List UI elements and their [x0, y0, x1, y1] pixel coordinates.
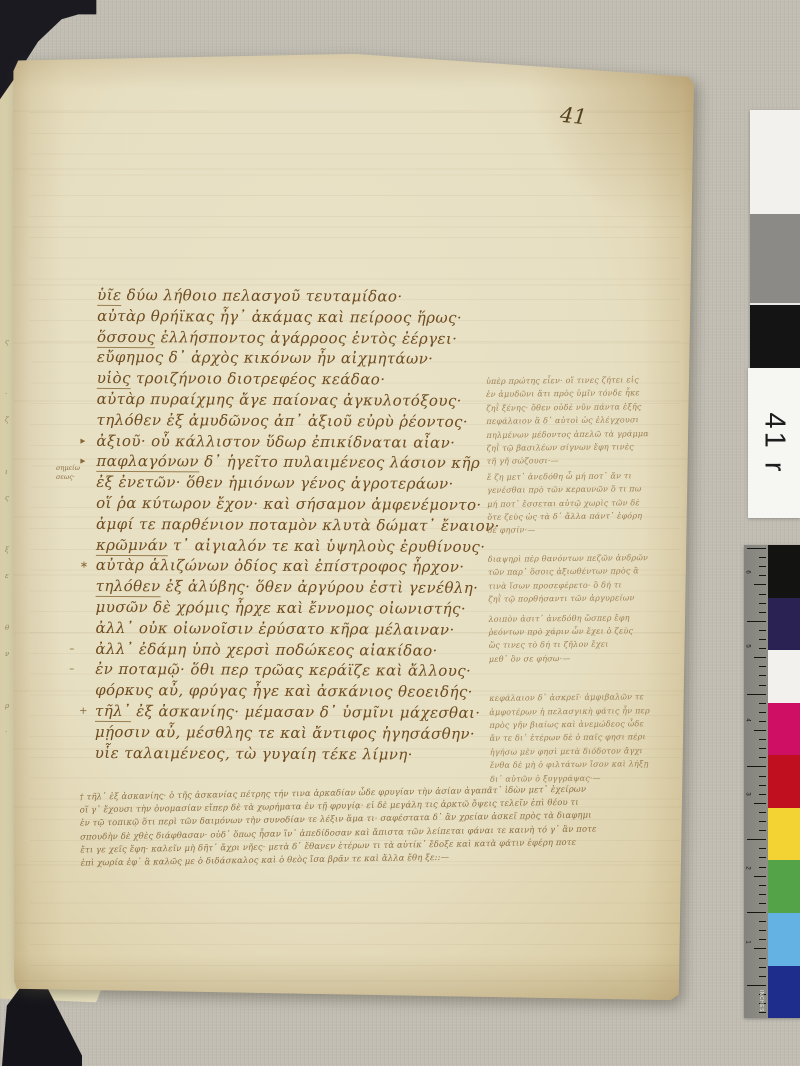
verse-text: τροιζήνοιο διοτρεφέος κεάδαο·	[131, 369, 386, 388]
ruler-tick	[759, 712, 766, 713]
ruler-tick	[759, 976, 766, 977]
critical-mark: ▸	[80, 456, 85, 467]
folio-tab: 41 r	[748, 368, 800, 518]
grayscale-gray-patch	[750, 214, 800, 305]
verse-text: ἑλλήσποντος ἀγάρροος ἐντὸς ἐέργει·	[155, 328, 457, 348]
scholion-line: δὲ φησίν·—	[487, 523, 651, 538]
verse-line: ἐν ποταμῷ· ὅθι περ τρῶας κεράϊζε καὶ ἄλλ…	[95, 660, 519, 683]
underlined-lemma: κρῶμνάν	[96, 535, 168, 555]
ruler-tick	[759, 630, 766, 631]
ruler-tick	[759, 821, 766, 822]
verse-line: τηλόθεν ἐξ ἀλύβης· ὅθεν ἀργύρου ἐστὶ γεν…	[96, 577, 520, 600]
ruler-tick	[759, 785, 766, 786]
verse-line: τηλόθεν ἐξ ἀμυδῶνος ἀπ᾽ ἀξιοῦ εὐρὺ ῥέοντ…	[96, 411, 520, 434]
verse-line: μυσῶν δὲ χρόμις ἦρχε καὶ ἔννομος οἰωνιστ…	[96, 598, 520, 621]
ruler-tick	[759, 603, 766, 604]
ruler-tick	[754, 803, 766, 804]
scholion-cluster: λοιπὸν ἀσιτ᾽ ἀνεδόθη ὥσπερ ἔφηῥεόντων πρ…	[488, 611, 653, 666]
ruler-tick	[759, 848, 766, 849]
scholion-line: γενέσθαι πρὸ τῶν κεραυνῶν ὅ τι πω	[487, 482, 651, 497]
verse-line: οἵ ῥα κύτωρον ἔχον· καὶ σήσαμον ἀμφενέμο…	[96, 494, 520, 517]
ruler-number: 1	[745, 940, 751, 943]
color-patch-black	[768, 545, 800, 598]
ruler-number: 4	[745, 718, 751, 721]
bottom-scholia: † τῆλ᾽ ἐξ ἀσκανίης· ὁ τῆς ἀσκανίας πέτρη…	[79, 784, 536, 870]
verse-line: ἀμφί τε παρθένιον ποταμὸν κλυτὰ δώματ᾽ ἔ…	[96, 515, 520, 538]
ruler-tick	[759, 757, 766, 758]
color-patch-dark-blue	[768, 966, 800, 1019]
verse-text: δύω λήθοιο πελασγοῦ τευταμίδαο·	[121, 286, 402, 305]
verse-text: ἐξ ἀλύβης· ὅθεν ἀργύρου ἐστὶ γενέθλη·	[160, 577, 478, 597]
ruler-tick	[759, 857, 766, 858]
left-note-line: σημείω	[56, 464, 80, 473]
ruler-tick	[747, 766, 766, 767]
ruler-tick	[754, 876, 766, 877]
ruler-tick	[759, 566, 766, 567]
underlined-lemma: τῆλ᾽	[95, 702, 131, 722]
verse-text: τ᾽ αἰγιαλόν τε καὶ ὑψηλοὺς ἐρυθίνους·	[168, 536, 486, 556]
verse-line: ὑῖε δύω λήθοιο πελασγοῦ τευταμίδαο·	[97, 286, 521, 309]
scholion-line: ῥεόντων πρὸ χάριν ὧν ἔχει ὁ ζεὺς	[488, 624, 652, 639]
ruler-tick	[747, 694, 766, 695]
ruler-tick	[759, 739, 766, 740]
ruler-tick	[759, 903, 766, 904]
left-note-line: σεως·	[56, 473, 80, 482]
color-patch-white	[768, 650, 800, 703]
scholion-line: πεφάλαιον ἃ δ᾽ αὐτοὶ ὡς ἐλέγχουσι	[486, 413, 650, 428]
underlined-lemma: ὑῖε	[97, 286, 121, 306]
ruler-tick	[747, 839, 766, 840]
ruler-tick	[759, 685, 766, 686]
critical-mark: ▸	[80, 435, 85, 446]
ruler-tick	[747, 985, 766, 986]
ruler-tick	[759, 921, 766, 922]
ruler-bar: 654321INCHES	[744, 545, 768, 1018]
ruler-tick	[747, 912, 766, 913]
folio-tab-label: 41 r	[758, 412, 791, 474]
ruler-number: 5	[745, 644, 751, 647]
color-patch-red	[768, 755, 800, 808]
color-patch-light-blue	[768, 913, 800, 966]
color-patch-yellow	[768, 808, 800, 861]
ruler-number: 2	[745, 866, 751, 869]
scholion-cluster: κεφάλαιον δ᾽ ἀσκρεῖ· ἀμφιβαλῶν τεἀμφοτέρ…	[489, 690, 654, 786]
critical-mark: ∗	[80, 560, 88, 571]
scholion-line: μεθ᾽ ὃν σε φήσω·—	[489, 651, 653, 666]
ruler-tick	[747, 548, 766, 549]
scholion-line: δι᾽ αὐτῶν ὁ ξυγγράψας·—	[490, 771, 654, 786]
scholion-line: τῶν παρ᾽ ὅσοις ἀξιωθέντων πρὸς ἃ	[488, 564, 652, 579]
ruler-tick	[754, 657, 766, 658]
underlined-lemma: τηλόθεν	[96, 577, 161, 597]
verse-line: αὐτὰρ ἁλιζώνων ὀδίος καὶ ἐπίστροφος ἦρχο…	[96, 556, 520, 579]
color-patch-magenta	[768, 703, 800, 756]
verse-line: ἀλλ᾽ ἐδάμη ὑπὸ χερσὶ ποδώκεος αἰακίδαο·	[95, 639, 519, 662]
verse-line: παφλαγόνων δ᾽ ἡγεῖτο πυλαιμένεος λάσιον …	[96, 452, 520, 475]
ruler-tick	[759, 666, 766, 667]
manuscript-leaf-wrap: 41 ὑῖε δύω λήθοιο πελασγοῦ τευταμίδαο·αὐ…	[10, 52, 698, 1002]
verse-line: υἱὸς τροιζήνοιο διοτρεφέος κεάδαο·	[97, 369, 521, 392]
color-patch-navy	[768, 598, 800, 651]
ruler-tick	[759, 648, 766, 649]
ruler-tick	[759, 885, 766, 886]
ruler-tick	[759, 939, 766, 940]
scholion-line: τῆ γῆ σώζουσι·—	[487, 454, 651, 469]
verse-line: υἷε ταλαιμένεος, τὼ γυγαίη τέκε λίμνη·	[95, 743, 519, 766]
ruler-tick	[759, 794, 766, 795]
grayscale-target	[750, 110, 800, 369]
verse-line: φόρκυς αὖ, φρύγας ἦγε καὶ ἀσκάνιος θεοει…	[95, 681, 519, 704]
color-patches	[768, 545, 800, 1018]
scholion-line: ἔνθα δὲ μὴ ὁ φιλτάτων ἴσον καὶ λήξῃ	[490, 757, 654, 772]
critical-mark: –	[69, 664, 74, 675]
critical-mark: +	[79, 706, 87, 717]
ruler-tick	[759, 721, 766, 722]
main-text-block: ὑῖε δύω λήθοιο πελασγοῦ τευταμίδαο·αὐτὰρ…	[95, 286, 521, 767]
verse-line: μῄοσιν αὖ, μέσθλης τε καὶ ἄντιφος ἡγησάσ…	[95, 723, 519, 746]
scholion-line: ἄν τε δι᾽ ἑτέρων δὲ ὁ παῖς φησι πέρι	[490, 730, 654, 745]
ruler-tick	[759, 703, 766, 704]
scholion-cluster: ὑπὲρ πρώτης εἶεν· οἵ τινες ζήτει εἰςἐν ἀ…	[486, 373, 651, 469]
ruler-tick	[759, 594, 766, 595]
manuscript-page: 41 ὑῖε δύω λήθοιο πελασγοῦ τευταμίδαο·αὐ…	[10, 52, 698, 1002]
ruler-label: INCHES	[758, 990, 764, 1012]
ruler-tick	[759, 612, 766, 613]
ruler-tick	[754, 730, 766, 731]
scholion-cluster: διαψηρὶ πὲρ θανόντων πεζῶν ἀνδρῶντῶν παρ…	[488, 551, 653, 606]
critical-mark: –	[69, 643, 74, 654]
verse-line: εὔφημος δ᾽ ἀρχὸς κικόνων ἦν αἰχμητάων·	[97, 348, 521, 371]
verse-line: τῆλ᾽ ἐξ ἀσκανίης· μέμασαν δ᾽ ὑσμῖνι μάχε…	[95, 702, 519, 725]
underlined-lemma: παφλαγόνων	[96, 452, 199, 473]
ruler-tick	[759, 1012, 766, 1013]
ruler-tick	[759, 557, 766, 558]
verse-text: ἐξ ἀσκανίης· μέμασαν δ᾽ ὑσμῖνι μάχεσθαι·	[131, 702, 481, 722]
scholion-line: ζηῒ τῷ βασιλέων σίγνων ἔφη τινὲς	[487, 440, 651, 455]
ruler-number: 6	[745, 570, 751, 573]
verse-line: ἀλλ᾽ οὐκ οἰωνοῖσιν ἐρύσατο κῆρα μέλαιναν…	[95, 619, 519, 642]
ruler-tick	[759, 776, 766, 777]
color-patch-green	[768, 860, 800, 913]
underlined-lemma: υἱὸς	[97, 369, 131, 389]
verse-line: ἀξιοῦ· οὗ κάλλιστον ὕδωρ ἐπικίδναται αἶα…	[96, 431, 520, 454]
ruler-number: 3	[745, 792, 751, 795]
ruler-tick	[754, 948, 766, 949]
ruler-tick	[759, 675, 766, 676]
ruler-tick	[759, 748, 766, 749]
color-scale: 654321INCHES	[744, 545, 800, 1018]
left-margin-note: σημείωσεως·	[56, 464, 80, 482]
verse-line: ὅσσους ἑλλήσποντος ἀγάρροος ἐντὸς ἐέργει…	[97, 327, 521, 350]
verse-line: αὐτὰρ θρήϊκας ἦγ᾽ ἀκάμας καὶ πείροος ἥρω…	[97, 307, 521, 330]
scholion-cluster: ἔ ζη μετ᾽ ἀνεδόθη ὧ μή ποτ᾽ ἄν τιγενέσθα…	[487, 469, 652, 538]
ruler-tick	[759, 867, 766, 868]
folio-number: 41	[559, 103, 588, 130]
photograph: ςν·ζκις–ξε·θνςρ·ω 41 ὑῖε δύω λήθοιο πελα…	[0, 0, 800, 1066]
ruler-tick	[759, 930, 766, 931]
ruler-tick	[747, 621, 766, 622]
scholion-line: κεφάλαιον δ᾽ ἀσκρεῖ· ἀμφιβαλῶν τε	[489, 690, 653, 705]
scholion-line: ὅτε ζεὺς ὡς τὰ δ᾽ ἄλλα πάντ᾽ ἐφόρη	[487, 509, 651, 524]
ruler-tick	[759, 830, 766, 831]
ruler-tick	[759, 967, 766, 968]
underlined-lemma: ὅσσους	[97, 327, 156, 347]
ruler-tick	[759, 575, 766, 576]
grayscale-white-patch	[750, 110, 800, 214]
marginal-scholia: ὑπὲρ πρώτης εἶεν· οἵ τινες ζήτει εἰςἐν ἀ…	[486, 373, 654, 786]
scholion-line: ζηῒ τῷ πορθήσαντι τῶν ἀργυρείων	[488, 591, 652, 606]
verse-line: αὐτὰρ πυραίχμης ἄγε παίονας ἀγκυλοτόξους…	[97, 390, 521, 413]
ruler-tick	[759, 812, 766, 813]
grayscale-black-patch	[750, 305, 800, 369]
verse-line: κρῶμνάν τ᾽ αἰγιαλόν τε καὶ ὑψηλοὺς ἐρυθί…	[96, 535, 520, 558]
ruler-tick	[754, 584, 766, 585]
ruler-tick	[759, 894, 766, 895]
ruler-tick	[759, 639, 766, 640]
ruler-tick	[759, 958, 766, 959]
verse-line: ἐξ ἐνετῶν· ὅθεν ἡμιόνων γένος ἀγροτεράων…	[96, 473, 520, 496]
verse-text: δ᾽ ἡγεῖτο πυλαιμένεος λάσιον κῆρ	[199, 453, 480, 472]
